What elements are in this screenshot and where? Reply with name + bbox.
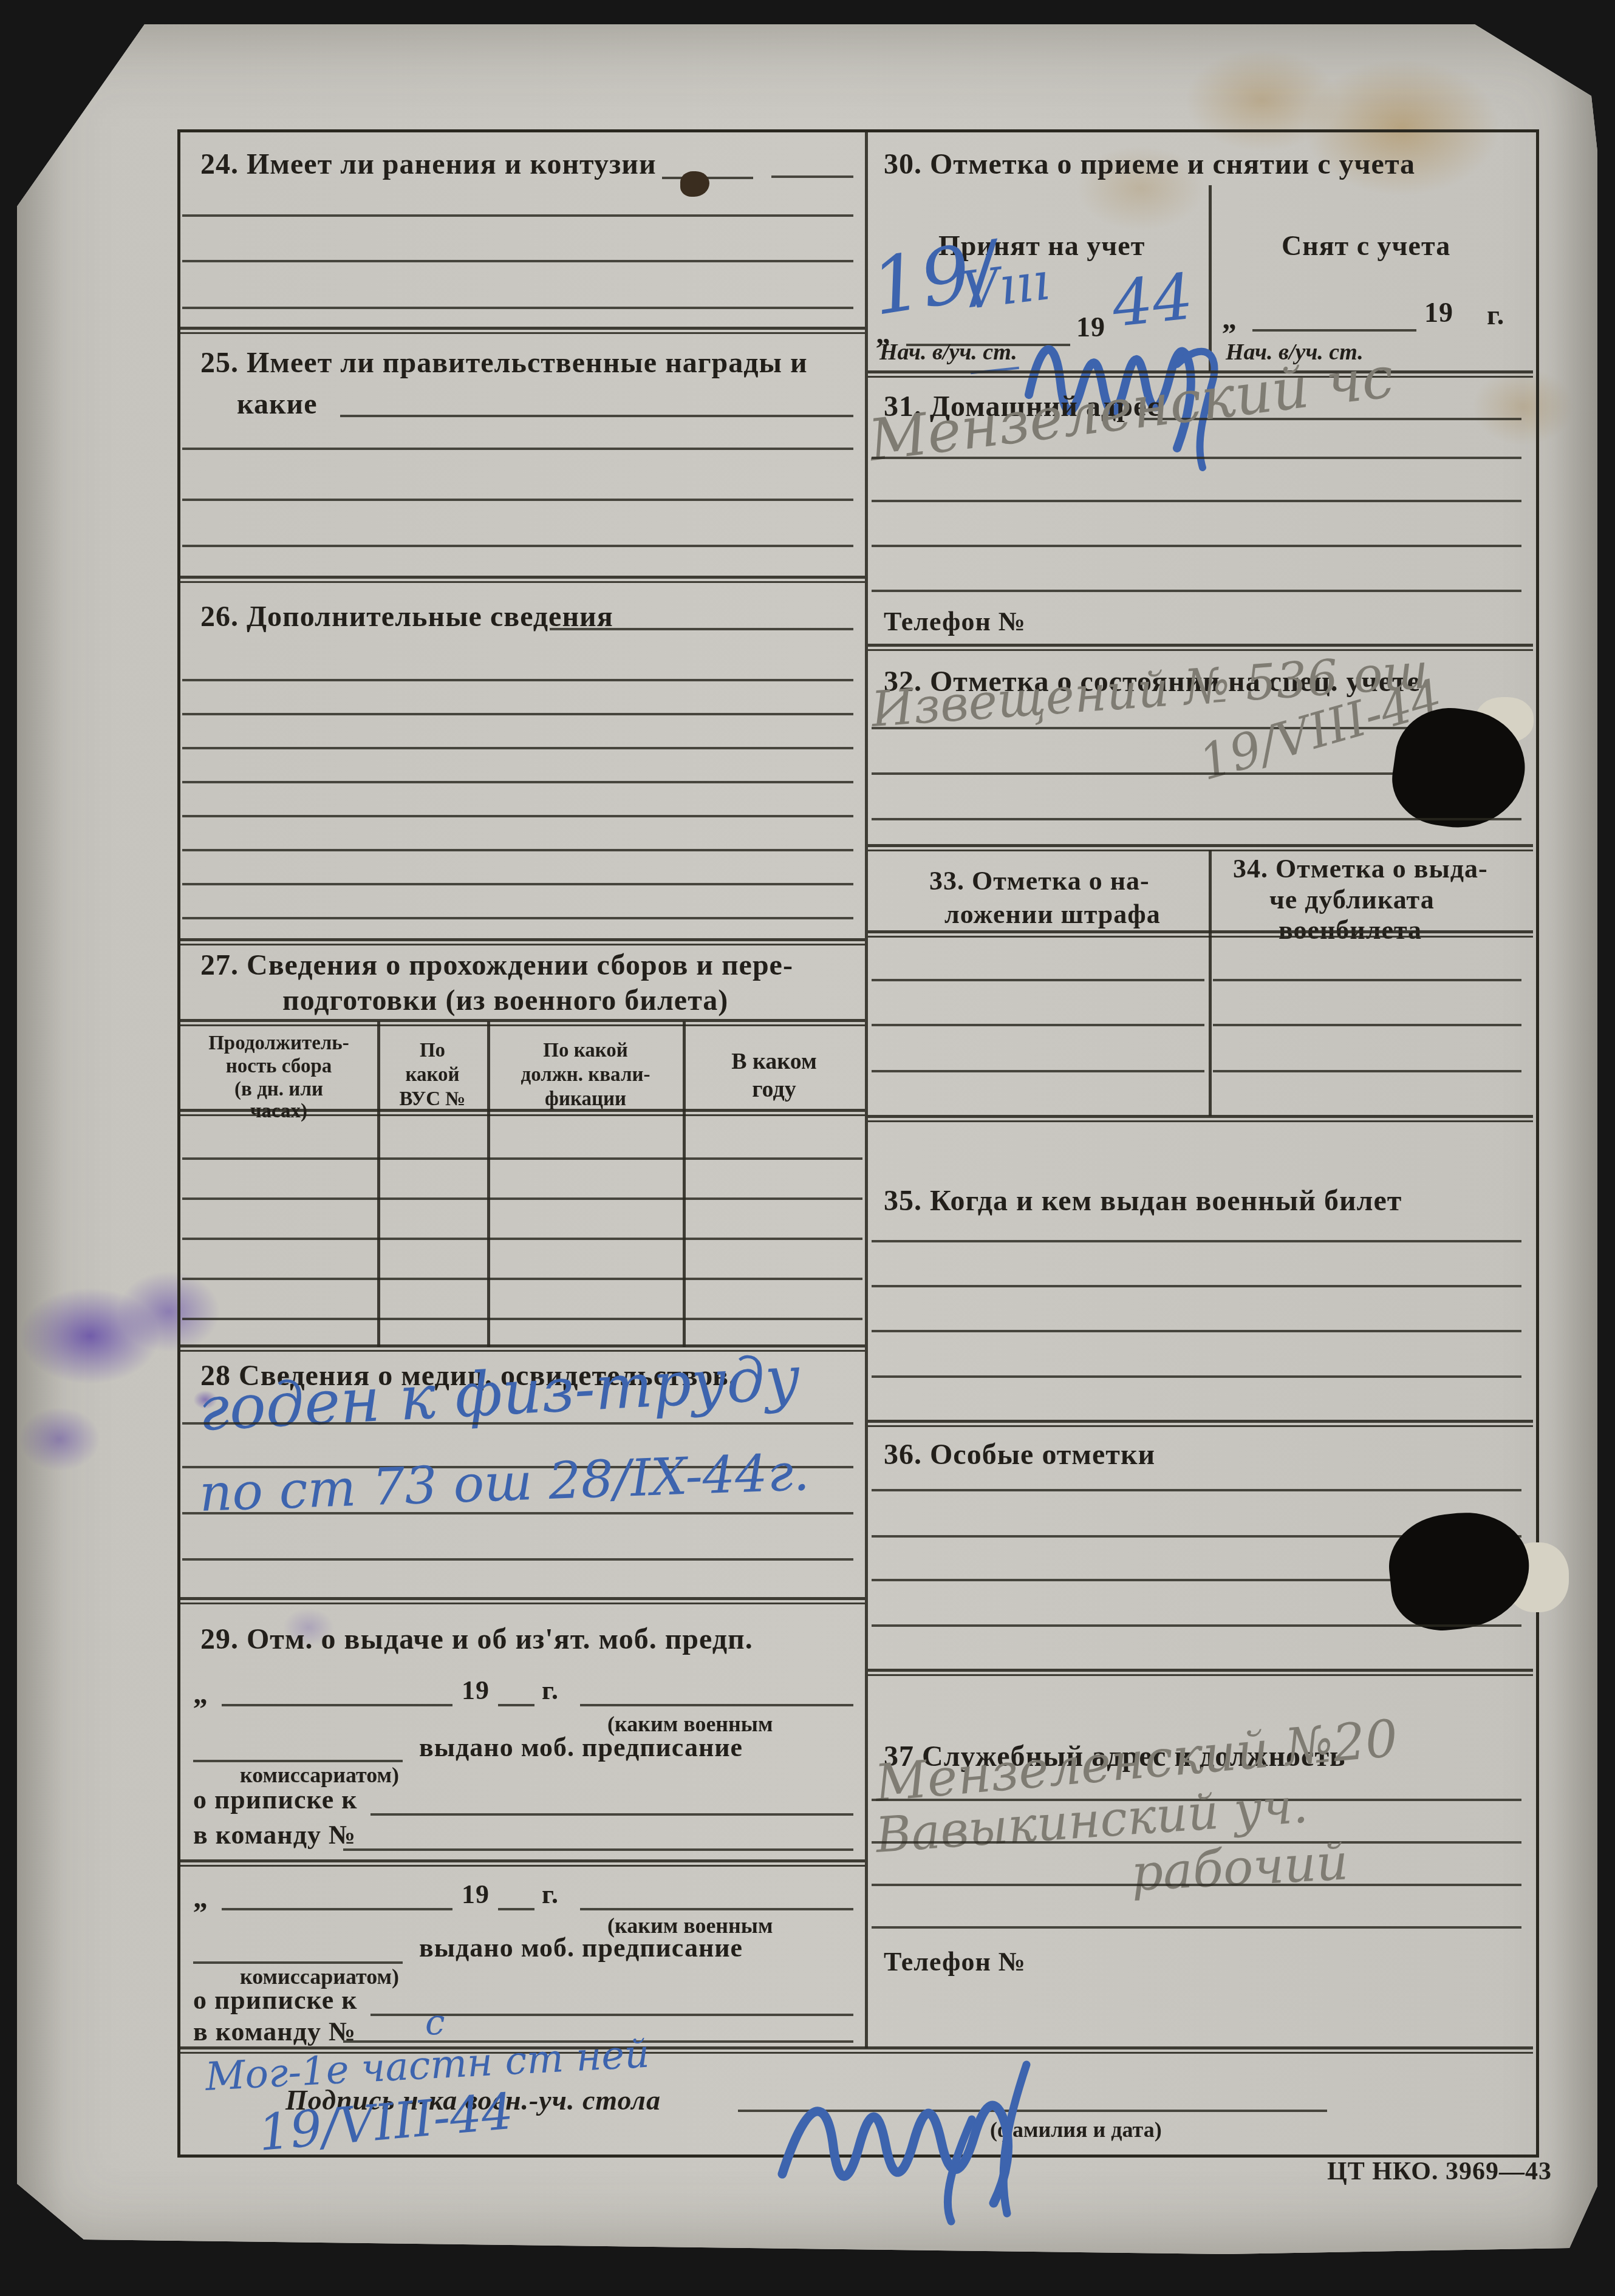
cell-divider [1209,850,1212,1116]
section-27-title-2: подготовки (из военного билета) [282,984,728,1017]
blank-line [580,1704,853,1706]
col2-header: какой [379,1064,486,1086]
table-row-line [1213,1024,1521,1026]
blank-line [222,1704,452,1706]
phone-label: Телефон № [884,1946,1026,1977]
ruled-line [872,818,1521,820]
table-row-line [872,979,1204,981]
team-label: в команду № [193,1819,356,1850]
ruled-line [182,1422,853,1425]
year-19: 19 [462,1675,490,1706]
table-row-line [872,1024,1204,1026]
col1-header: Продолжитель- [182,1032,375,1055]
blank-line [498,1704,534,1706]
col4-header: году [685,1076,864,1103]
section-divider [868,1420,1533,1427]
ruled-line [872,1375,1521,1378]
ruled-line [872,1285,1521,1287]
table-row-line [182,1278,862,1280]
ruled-line [872,457,1521,459]
section-divider [868,1669,1533,1676]
blank-line [343,1848,853,1851]
ruled-line [872,545,1521,547]
handwriting-team-number: с [425,2001,445,2043]
section-29-title: 29. Отм. о выдаче и об из'ят. моб. предп… [200,1623,753,1656]
table-row-line [182,1318,862,1320]
section-33-title: 33. Отметка о на- [929,865,1150,896]
section-divider [180,1597,865,1604]
ruled-line [550,628,853,630]
phone-label: Телефон № [884,606,1026,637]
section-35-title: 35. Когда и кем выдан военный билет [884,1184,1402,1218]
ruled-line [872,1926,1521,1929]
section-divider [868,1115,1533,1122]
quote-mark: „ [1222,302,1237,336]
blank-line [370,1813,853,1816]
section-27-title: 27. Сведения о прохождении сборов и пере… [200,949,793,982]
section-divider [180,938,865,945]
blank-line [580,1908,853,1910]
year-19: 19 [462,1879,490,1910]
section-divider [180,1859,865,1867]
handwriting-occupation: рабочий [1130,1833,1350,1903]
col1-header: (в дн. или [182,1078,375,1101]
table-top-border [180,1019,865,1026]
col3-header: фикации [489,1088,682,1111]
col4-header: В каком [685,1048,864,1075]
ruled-line [182,499,853,501]
ruled-line [182,849,853,851]
ruled-line [182,781,853,783]
section-34-title: 34. Отметка о выда- [1233,853,1488,884]
ruled-line [872,590,1521,592]
blank-line [222,1908,452,1910]
section-divider [868,844,1533,851]
chief-signature-large [771,2028,1172,2229]
ruled-line [872,1884,1521,1886]
ruled-line [872,1330,1521,1332]
ruled-line [182,545,853,547]
section-25-title-2: какие [237,387,318,421]
col2-header: По [379,1040,486,1062]
section-divider [180,327,865,334]
ruled-line [182,679,853,681]
table-row-line [182,1197,862,1200]
ruled-line [182,214,853,217]
ruled-line [872,1240,1521,1242]
ruled-line [182,713,853,715]
quote-mark: „ [193,1677,208,1711]
ruled-line [872,1624,1521,1627]
ruled-line [182,815,853,817]
scanned-military-registration-card: 24. Имеет ли ранения и контузии 25. Имее… [0,0,1615,2296]
ruled-line [771,175,853,178]
col3-header: должн. квали- [489,1064,682,1086]
attach-label: о приписке к [193,1784,358,1815]
ruled-line [182,1512,853,1514]
ruled-line [872,1489,1521,1491]
chief-label-left: Нач. в/уч. ст. [879,339,1017,366]
printed-year: 19 [1424,296,1453,329]
blank-line [1252,329,1416,332]
attach-label: о приписке к [193,1984,358,2015]
issued-label: выдано моб. предписание [419,1732,743,1763]
col1-header: ность сбора [182,1055,375,1078]
removed-header: Снят с учета [1282,230,1450,262]
year-suffix: г. [542,1879,559,1910]
ruled-line [872,500,1521,502]
col2-header: ВУС № [379,1088,486,1111]
ruled-line [182,1558,853,1561]
ruled-line [182,883,853,885]
issued-label: выдано моб. предписание [419,1932,743,1963]
section-24-title: 24. Имеет ли ранения и контузии [200,148,657,181]
section-33-title-2: ложении штрафа [944,899,1161,930]
col1-header: часах) [182,1100,375,1123]
ruled-line [182,307,853,309]
section-25-title: 25. Имеет ли правительственные награды и [200,346,808,380]
header-border [868,930,1533,938]
section-36-title: 36. Особые отметки [884,1438,1155,1471]
table-row-line [182,1157,862,1160]
table-row-line [872,1070,1204,1072]
section-30-title: 30. Отметка о приеме и снятии с учета [884,148,1415,181]
print-code: ЦТ НКО. 3969—43 [1327,2157,1552,2186]
blank-line [498,1908,534,1910]
ruled-line [340,415,853,417]
table-row-line [1213,1070,1521,1072]
team-label: в команду № [193,2016,356,2047]
year-suffix: г. [542,1675,559,1706]
ruled-line [182,448,853,450]
section-divider [868,644,1533,651]
section-divider [180,576,865,583]
quote-mark: „ [193,1881,208,1915]
table-row-line [182,1238,862,1240]
col3-header: По какой [489,1040,682,1062]
table-row-line [1213,979,1521,981]
section-34-title-2: че дубликата [1269,884,1435,915]
ruled-line [182,917,853,919]
year-suffix: г. [1487,299,1504,331]
ruled-line [182,747,853,749]
ruled-line [182,260,853,262]
